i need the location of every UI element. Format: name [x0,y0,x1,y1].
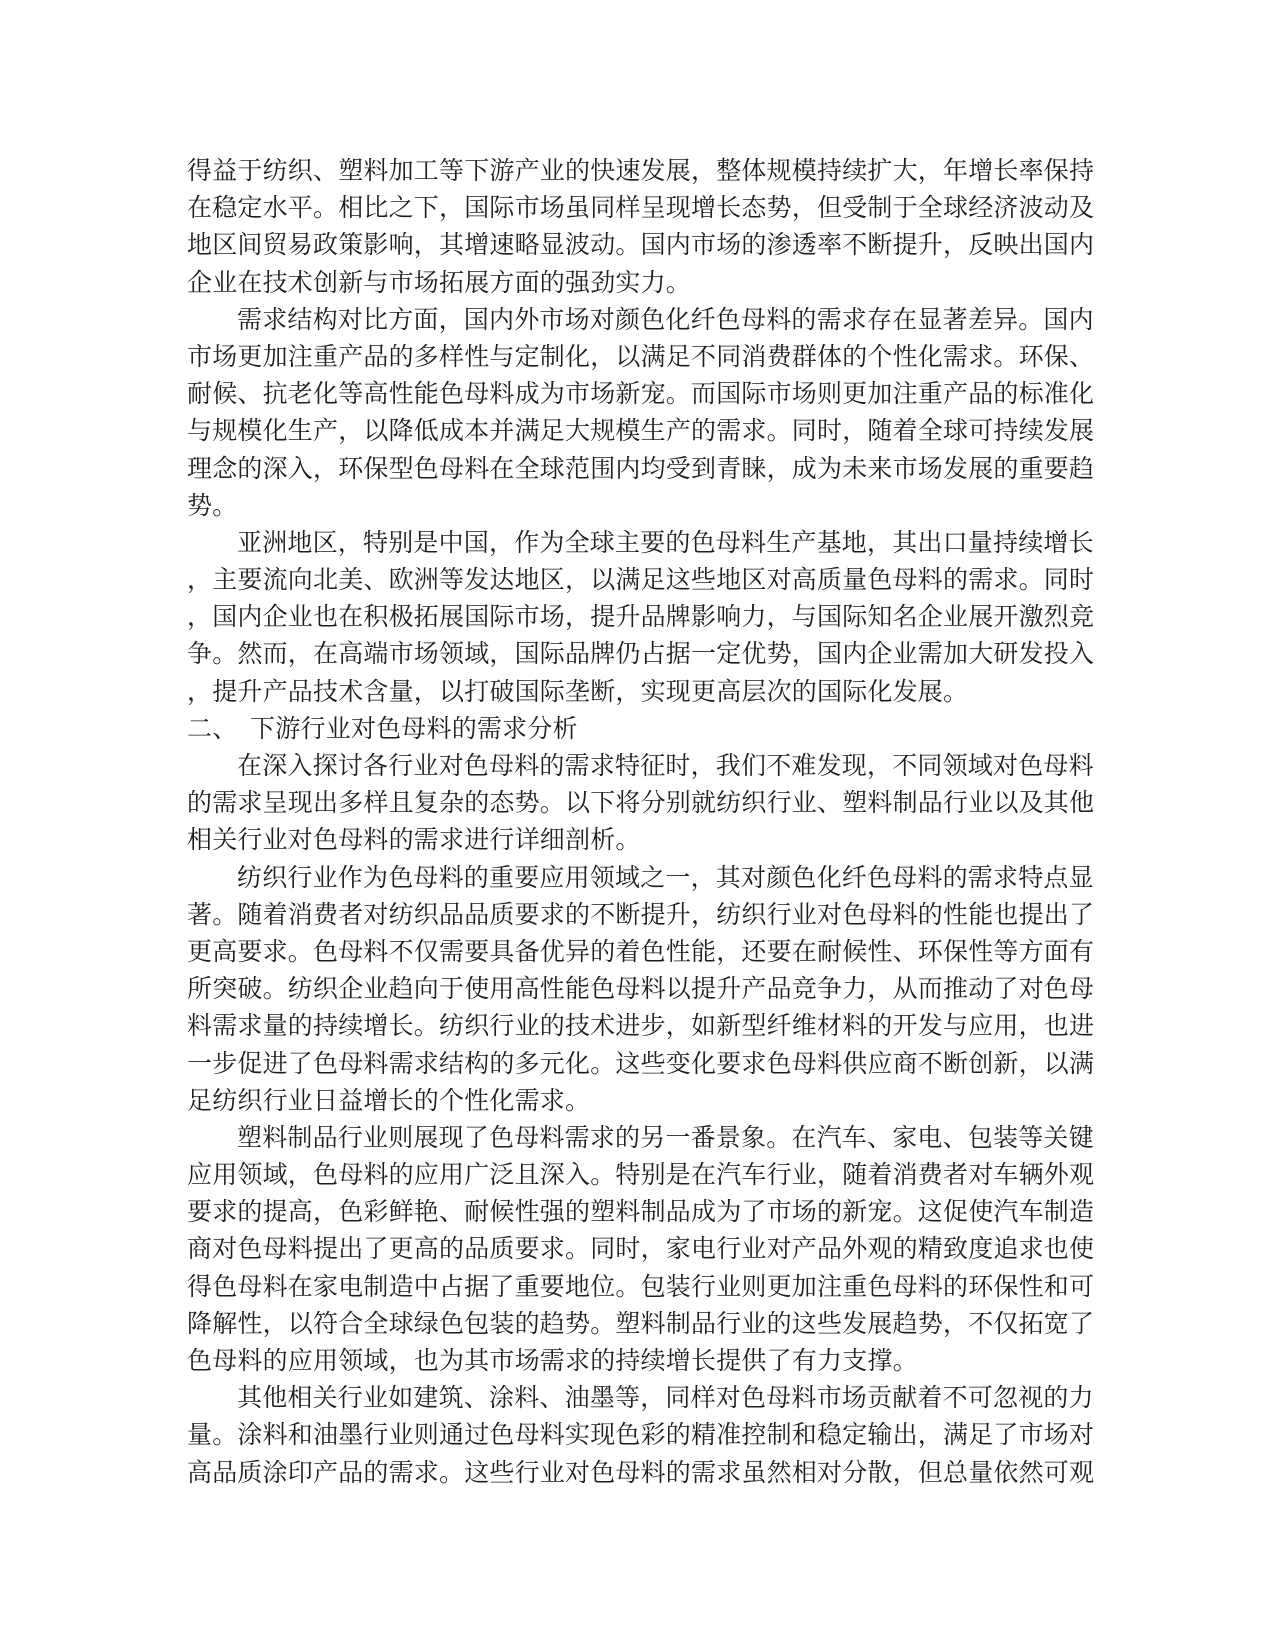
text-line: 企业在技术创新与市场拓展方面的强劲实力。 [187,265,1093,302]
document-body: 得益于纺织、塑料加工等下游产业的快速发展，整体规模持续扩大，年增长率保持在稳定水… [187,153,1093,1492]
text-line: 耐候、抗老化等高性能色母料成为市场新宠。而国际市场则更加注重产品的标准化 [187,376,1093,413]
text-line: 得色母料在家电制造中占据了重要地位。包装行业则更加注重色母料的环保性和可 [187,1269,1093,1306]
section-heading-line: 二、 下游行业对色母料的需求分析 [187,711,1093,748]
text-line: 在深入探讨各行业对色母料的需求特征时，我们不难发现，不同领域对色母料 [187,748,1093,785]
text-line: 得益于纺织、塑料加工等下游产业的快速发展，整体规模持续扩大，年增长率保持 [187,153,1093,190]
text-line: 商对色母料提出了更高的品质要求。同时，家电行业对产品外观的精致度追求也使 [187,1231,1093,1268]
text-line: 与规模化生产，以降低成本并满足大规模生产的需求。同时，随着全球可持续发展 [187,413,1093,450]
text-line: ，主要流向北美、欧洲等发达地区，以满足这些地区对高质量色母料的需求。同时 [187,562,1093,599]
text-line: 的需求呈现出多样且复杂的态势。以下将分别就纺织行业、塑料制品行业以及其他 [187,785,1093,822]
text-line: 争。然而，在高端市场领域，国际品牌仍占据一定优势，国内企业需加大研发投入 [187,636,1093,673]
text-line: 势。 [187,488,1093,525]
text-line: 足纺织行业日益增长的个性化需求。 [187,1083,1093,1120]
text-line: 一步促进了色母料需求结构的多元化。这些变化要求色母料供应商不断创新，以满 [187,1046,1093,1083]
text-line: 地区间贸易政策影响，其增速略显波动。国内市场的渗透率不断提升，反映出国内 [187,227,1093,264]
text-line: 理念的深入，环保型色母料在全球范围内均受到青睐，成为未来市场发展的重要趋 [187,451,1093,488]
text-line: 料需求量的持续增长。纺织行业的技术进步，如新型纤维材料的开发与应用，也进 [187,1008,1093,1045]
text-line: 需求结构对比方面，国内外市场对颜色化纤色母料的需求存在显著差异。国内 [187,302,1093,339]
document-page: 得益于纺织、塑料加工等下游产业的快速发展，整体规模持续扩大，年增长率保持在稳定水… [0,0,1275,1650]
text-line: 色母料的应用领域，也为其市场需求的持续增长提供了有力支撑。 [187,1343,1093,1380]
text-line: 塑料制品行业则展现了色母料需求的另一番景象。在汽车、家电、包装等关键 [187,1120,1093,1157]
text-line: 在稳定水平。相比之下，国际市场虽同样呈现增长态势，但受制于全球经济波动及 [187,190,1093,227]
text-line: 相关行业对色母料的需求进行详细剖析。 [187,822,1093,859]
text-line: 所突破。纺织企业趋向于使用高性能色母料以提升产品竞争力，从而推动了对色母 [187,971,1093,1008]
text-line: 降解性，以符合全球绿色包装的趋势。塑料制品行业的这些发展趋势，不仅拓宽了 [187,1306,1093,1343]
text-line: ，国内企业也在积极拓展国际市场，提升品牌影响力，与国际知名企业展开激烈竞 [187,599,1093,636]
text-line: 高品质涂印产品的需求。这些行业对色母料的需求虽然相对分散，但总量依然可观 [187,1455,1093,1492]
text-line: 量。涂料和油墨行业则通过色母料实现色彩的精准控制和稳定输出，满足了市场对 [187,1417,1093,1454]
text-line: 市场更加注重产品的多样性与定制化，以满足不同消费群体的个性化需求。环保、 [187,339,1093,376]
text-line: 著。随着消费者对纺织品品质要求的不断提升，纺织行业对色母料的性能也提出了 [187,897,1093,934]
text-line: 更高要求。色母料不仅需要具备优异的着色性能，还要在耐候性、环保性等方面有 [187,934,1093,971]
text-line: ，提升产品技术含量，以打破国际垄断，实现更高层次的国际化发展。 [187,674,1093,711]
text-line: 要求的提高，色彩鲜艳、耐候性强的塑料制品成为了市场的新宠。这促使汽车制造 [187,1194,1093,1231]
text-line: 纺织行业作为色母料的重要应用领域之一，其对颜色化纤色母料的需求特点显 [187,860,1093,897]
text-line: 其他相关行业如建筑、涂料、油墨等，同样对色母料市场贡献着不可忽视的力 [187,1380,1093,1417]
text-line: 亚洲地区，特别是中国，作为全球主要的色母料生产基地，其出口量持续增长 [187,525,1093,562]
text-line: 应用领域，色母料的应用广泛且深入。特别是在汽车行业，随着消费者对车辆外观 [187,1157,1093,1194]
